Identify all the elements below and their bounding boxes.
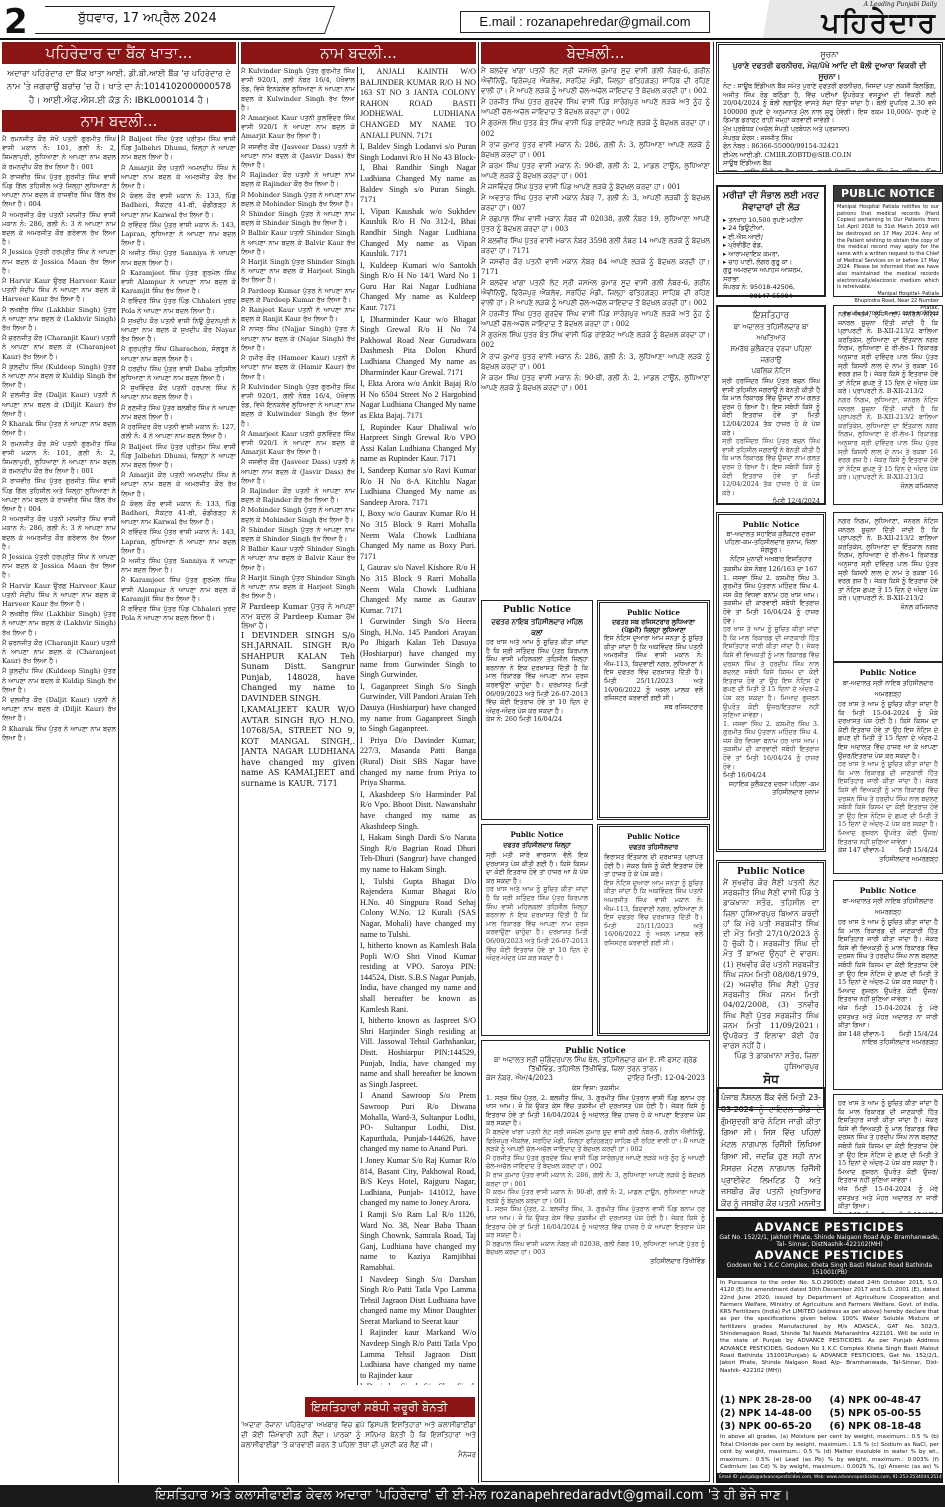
notice-case-row: ਕੇਸ 148 ਦੀਵਾਨ-1ਮਿਤੀ 15/4/24 <box>838 1211 938 1214</box>
bank-account-header: ਪਹਿਰੇਦਾਰ ਦਾ ਬੈਂਕ ਖਾਤਾ... <box>2 42 236 64</box>
pesticides-header: ADVANCE PESTICIDES Gat No. 152/2/1, Jakh… <box>717 1218 942 1278</box>
notice-subtitle: ਬਾ-ਅਦਾਲਤ ਸ੍ਰੀ ਨਾਇਬ ਤਹਿਸੀਲਦਾਰ ਅਮਰਗੜ੍ਹ <box>838 896 938 918</box>
list-item: ਮੈਂ Baljeet ਸਿੰਘ ਪੁੱਤਰ ਪ੍ਰੀਤਮ ਸਿੰਘ ਵਾਸੀ … <box>121 135 236 163</box>
nagar-nigam-body: ਨਗਰ ਨਿਗਮ, ਲੁਧਿਆਣਾ, ਜਨਰਲ ਨੋਟਿਸ ਜਨਰਲ ਸੂਚਨਾ… <box>838 396 938 482</box>
footer-banner: ਇਸ਼ਤਿਹਾਰ ਅਤੇ ਕਲਾਸੀਫਾਈਡ ਕੇਵਲ ਅਦਾਰਾ 'ਪਹਿਰੇ… <box>0 1485 945 1507</box>
list-item: I, Vipan Kaushak w/o Sukhdev Kaushik R/o… <box>360 207 476 260</box>
notice-body: ਹਰ ਖਾਸ ਤੇ ਆਮ ਨੂੰ ਸੂਚਿਤ ਕੀਤਾ ਜਾਂਦਾ ਹੈ ਕਿ … <box>838 1099 938 1185</box>
list-item: ਮੈਂ Balbir Kaur ਪਤਨੀ Shinder Singh ਨੇ ਆਪ… <box>241 229 355 257</box>
list-item: ਮੈਂ ਦਲਜੀਤ ਕੌਰ (Daljit Kaur) ਪਤਨੀ ਨੇ ਆਪਣਾ… <box>2 391 116 419</box>
ishtihar-line-2: ਸਮਰੱਥ ਕੁਲੈਕਟਰ ਦਰਜਾ ਪਹਿਲਾ ਜਗਰਾਉਂ <box>722 344 820 366</box>
notice-body: ਮੈਂ ਸੁਖਵੀਰ ਕੌਰ ਸੈਣੀ ਪਤਨੀ ਲੇਟ ਸਰਬਜੀਤ ਸਿੰਘ… <box>723 878 819 1051</box>
ishtihar-date: ਮਿਤੀ 12/4/2024 <box>722 497 820 505</box>
list-item: ਮੈਂ Rajinder ਕੌਰ ਪਤਨੀ ਨੇ ਆਪਣਾ ਨਾਮ ਬਦਲ ਕੇ… <box>241 487 355 505</box>
notice-filed-date: ਦਾਇਰ ਮਿਤੀ: 12-04-2023 <box>627 1074 705 1083</box>
bank-line-2: ਨਾਮ 'ਤੇ ਜਗਰਾਉਂ ਬਰਾਂਚ 'ਚ ਹੈ। ਖਾਤੇ ਦਾ ਨੰ:1… <box>2 80 236 94</box>
wanted-item: ▸ ਪ੍ਰੋਵੀਡੈਂਟ ਫੰਡ, <box>723 241 819 249</box>
notice-body: ਮੈਂ ਕਰਮ ਸਿੰਘ ਪੁੱਤਰ ਵਾਸੀ ਮਕਾਨ ਨੰ: 90-ਬੀ, … <box>486 1188 705 1205</box>
list-item: ਮੈਂ ਰਾਜ ਕੁਮਾਰ ਪੁੱਤਰ ਵਾਸੀ ਮਕਾਨ ਨੰ: 286, ਗ… <box>481 140 710 160</box>
sodh-title: ਸੋਧ <box>716 1072 826 1087</box>
suchna-bank: ਸਾਊਥ ਇੰਡੀਅਨ ਬੈਂਕ <box>723 159 936 168</box>
notice-case-row: ਕੇਸ ਨੰਬਰ. ਐਮ/4/2023 ਦਾਇਰ ਮਿਤੀ: 12-04-202… <box>486 1074 705 1083</box>
notice-sign: ਪਿੰਡ ਤੇ ਡਾਕਖਾਨਾ ਸਤੌਰ, ਜ਼ਿਲਾ ਹੁਸ਼ਿਆਰਪੁਰ <box>723 1051 819 1071</box>
ishtihar-jagraon: ਇਸ਼ਤਿਹਾਰ ਬਾ ਅਦਾਲਤ ਤਹਿਸੀਲਦਾਰ ਬਾ ਅਖਤਿਆਰ ਸਮ… <box>716 305 826 505</box>
list-item: ਮੈਂ ਰਾਜਵੀਰ ਸਿੰਘ ਪੁੱਤਰ ਗੁਰਜੀਤ ਸਿੰਘ ਵਾਸੀ ਪ… <box>2 173 116 210</box>
list-item: ਮੈਂ Kharak ਸਿੰਘ ਪੁੱਤਰ ਨੇ ਆਪਣਾ ਨਾਮ ਬਦਲ ਲਿ… <box>2 725 116 743</box>
notice-body: ਮੈਂ ਰਾਜ ਕੁਮਾਰ ਪੁੱਤਰ ਵਾਸੀ ਮਕਾਨ ਨੰ: 286, ਗ… <box>486 1171 705 1188</box>
notice-subtitle: ਦਫਤਰ ਤਹਿਸੀਲਦਾਰ ਜ਼ਿਲ੍ਹਾ <box>486 840 588 851</box>
list-item: ਮੈਂ ਦਲਜੀਤ ਕੌਰ (Daljit Kaur) ਪਤਨੀ ਨੇ ਆਪਣਾ… <box>2 696 116 724</box>
list-item: ਮੈਂ Baljeet ਸਿੰਘ ਪੁੱਤਰ ਪ੍ਰੀਤਮ ਸਿੰਘ ਵਾਸੀ … <box>121 443 236 471</box>
name-change-header-left: ਨਾਮ ਬਦਲੀ... <box>2 110 236 132</box>
list-item: ਮੈਂ ਰਵਿੰਦਰ ਸਿੰਘ ਪੁੱਤਰ ਵਾਸੀ ਮਕਾਨ ਨੰ: 143,… <box>121 528 236 556</box>
notice-body: ਮੈਂ ਬਲਦੇਵ ਖਾਂਗਾ ਪਤਨੀ ਲੇਟ ਸ੍ਰੀ ਜਸਮੇਲ ਕੁਮਾ… <box>486 1128 705 1154</box>
public-notice-amargarh-2: Public Notice ਬਾ-ਅਦਾਲਤ ਸ੍ਰੀ ਨਾਇਬ ਤਹਿਸੀਲਦ… <box>833 880 943 1090</box>
npk-grades: (1) NPK 28-28-00 (4) NPK 00-48-47 (2) NP… <box>717 1394 942 1433</box>
notice-body: ਹਰ ਖਾਸ ਤੇ ਆਮ ਨੂੰ ਸੂਚਿਤ ਕੀਤਾ ਜਾਂਦਾ ਹੈ ਕਿ … <box>838 700 938 760</box>
notice-sign: ਸਹਾਇਕ ਕੁਲੈਕਟਰ ਦਰਜਾ ਪਹਿਲਾ -ਕਮ ਤਹਿਸੀਲਦਾਰ ਸ… <box>723 780 819 797</box>
npk-grade: (2) NPK 14-48-00 <box>720 1407 830 1420</box>
list-item: ਮੈਂ Pardeep Kumar ਪੁੱਤਰ ਨੇ ਆਪਣਾ ਨਾਮ ਬਦਲ … <box>241 602 355 630</box>
list-item: ਮੈਂ ਰਾਜਵੀਰ ਸਿੰਘ ਪੁੱਤਰ ਗੁਰਜੀਤ ਸਿੰਘ ਵਾਸੀ ਪ… <box>2 477 116 514</box>
notice-title: Public Notice <box>838 885 938 896</box>
list-item: I, Akashdeep S/o Harminder Pal R/o Vpo. … <box>360 790 476 832</box>
list-item: ਮੈਂ ਬਲਦੇਵ ਖਾਂਗਾ ਪਤਨੀ ਲੇਟ ਸ੍ਰੀ ਜਸਮੇਲ ਕੁਮਾ… <box>481 66 710 96</box>
bank-line-1: ਅਦਾਰਾ ਪਹਿਰੇਦਾਰ ਦਾ ਬੈਂਕ ਖਾਤਾ ਆਈ. ਡੀ.ਬੀ.ਆਈ… <box>2 66 236 80</box>
list-item: I, ANJALI KAINTH W/O BALJINDER KUMAR R/O… <box>360 67 476 141</box>
phone-1[interactable]: 95018-42506, <box>750 283 795 291</box>
list-item: ਮੈਂ ਰਣਜੀਤ ਸਿੰਘ ਪੁੱਤਰ ਬਲਬੀਰ ਸਿੰਘ ਨੇ ਆਪਣਾ … <box>121 404 236 422</box>
list-item: ਮੈਂ ਹਮੀਰ ਕੌਰ (Hameer Kaur) ਪਤਨੀ ਨੇ ਆਪਣਾ … <box>241 354 355 382</box>
notice-body: 1. ਜਸਵਾ ਸਿੰਘ 2. ਕਸ਼ਮੀਰ ਸਿੰਘ 3. ਗੁਰਮੀਤ ਸਿ… <box>723 574 819 626</box>
disinherit-column: ਮੈਂ ਬਲਦੇਵ ਖਾਂਗਾ ਪਤਨੀ ਲੇਟ ਸ੍ਰੀ ਜਸਮੇਲ ਕੁਮਾ… <box>481 66 710 596</box>
list-item: I, hitherto known as Jaspreet S/O Shri H… <box>360 1016 476 1090</box>
masthead-email[interactable]: E.mail : rozanapehredar@gmail.com <box>460 11 710 33</box>
notice-sign: ਤਹਿਸੀਲਦਾਰ ਅਮਰਗੜ੍ਹ <box>838 855 938 864</box>
notice-body: ਮੈਂ ਰਛਪਾਲ ਸਿੰਘ ਵਾਸੀ ਮਕਾਨ ਨੰਬਰ ਜੀ 02038, … <box>486 1240 705 1257</box>
manipal-body: Manipal Hospital Patiala notifies to our… <box>837 204 939 291</box>
list-item: I, Boxy w/o Gaurav Kumar R/o H No 315 Bl… <box>360 509 476 562</box>
public-notice-nagar-nigam-2: ਨਗਰ ਨਿਗਮ, ਲੁਧਿਆਣਾ, ਜਨਰਲ ਨੋਟਿਸ ਜਨਰਲ ਸੂਚਨਾ… <box>833 512 943 662</box>
wanted-list: ▸ ਤਨਖਾਹ 10,500 ਰੁਪਏ ਮਹੀਨਾ ▸ 24 ਡਿਊਟੀਆਂ, … <box>723 216 819 300</box>
notice-body: ਮੈਂ ਹਰਜੀਤ ਸਿੰਘ ਪੁੱਤਰ ਗੁਰਦੇਵ ਸਿੰਘ ਵਾਸੀ ਪਿ… <box>486 1154 705 1171</box>
ad-notice-text: 'ਅਦਾਰਾ ਰੋਜ਼ਾਨਾ ਪਹਿਰੇਦਾਰ' ਅਖ਼ਬਾਰ ਵਿਚ ਛਪੇ … <box>241 1420 476 1450</box>
manipal-header: PUBLIC NOTICE <box>834 186 942 202</box>
list-item: ਮੈਂ Kulvinder Singh ਪੁੱਤਰ ਗੁਰਮੀਤ ਸਿੰਘ ਵਾ… <box>241 67 355 113</box>
list-item: ਮੈਂ ਬਲਵੀਰ ਸਿੰਘ ਪੁੱਤਰ ਵਾਸੀ ਮਕਾਨ ਨੰਬਰ 3598… <box>481 236 710 256</box>
list-item: I Anand Sawroop S/o Prem Sawroop Puri R/… <box>360 1091 476 1155</box>
name-change-column-1: ਮੈਂ ਰਮਨਜੀਤ ਕੌਰ ਸੇਖੋਂ ਪਤਨੀ ਗੁਰਮੀਤ ਸਿੰਘ ਵਾ… <box>2 135 116 1483</box>
list-item: I Ramji S/o Ram Lal R/o 1126, Ward No. 3… <box>360 1210 476 1274</box>
notice-body: ਇਸ ਨੋਟਿਸ ਦੁਆਰਾ ਆਮ ਜਨਤਾ ਨੂੰ ਸੂਚਿਤ ਕੀਤਾ ਜਾ… <box>604 879 703 948</box>
suchna-body: ਨੋਟ : ਸਾਊਥ ਇੰਡੀਅਨ ਬੈਂਕ ਸਮੇਤ ਪੁਰਾਣੇ ਦਫਤਰੀ… <box>723 82 936 125</box>
notice-subtitle: ਬਾ-ਅਦਾਲਤ ਸਹਾਇਕ ਕੁਲੈਕਟਰ ਦਰਜਾ ਪਹਿਲਾ-ਕਮ-ਤਹਿ… <box>723 530 819 554</box>
list-item: ਮੈਂ ਰਮਨਜੀਤ ਕੌਰ ਸੇਖੋਂ ਪਤਨੀ ਗੁਰਮੀਤ ਸਿੰਘ ਵਾ… <box>2 135 116 172</box>
notice-title: Public Notice <box>723 867 819 878</box>
public-notice-d: Public Notice ਦਫਤਰ ਤਹਿਸੀਲਦਾਰ ਵਿਰਾਸਤ ਇੰਤਕ… <box>597 824 710 1036</box>
list-item: ਮੈਂ ਰਾਜ ਕੁਮਾਰ ਪੁੱਤਰ ਵਾਸੀ ਮਕਾਨ ਨੰ: 286, ਗ… <box>481 352 710 372</box>
disinherit-header: ਬੇਦਖ਼ਲੀ... <box>481 42 710 64</box>
pesticides-name-1: ADVANCE PESTICIDES <box>719 1220 940 1234</box>
list-item: ਮੈਂ Ranjeet Kaur ਪਤਨੀ ਨੇ ਆਪਣਾ ਨਾਮ ਬਦਲ ਕੇ… <box>241 306 355 324</box>
list-item: ਮੈਂ ਲਖਬੀਰ ਸਿੰਘ (Lakhbir Singh) ਪੁੱਤਰ ਨੇ … <box>2 610 116 638</box>
list-item: I, Ekta Arora w/o Ankit Bajaj R/o H No 6… <box>360 379 476 421</box>
wanted-org: ਗੁਰੂ ਅਮਰਦਾਸ ਅਪਾਹਜ ਆਸ਼ਰਮ, ਸਰਾਭਾ <box>723 266 819 283</box>
notice-subtitle: ਦਫਤਰ ਸਬ ਰਜਿਸਟਰਾਰ ਲੁਧਿਆਣਾ (ਪੱਛਮੀ) ਜ਼ਿਲ੍ਹਾ… <box>604 618 703 634</box>
list-item: ਮੈਂ ਜਸਵੀਰ ਕੌਰ ਪਤਨੀ ਵਾਸੀ ਮਕਾਨ ਨੰਬਰ 84 ਆਪਣ… <box>481 257 710 277</box>
suchna-subtitle: ਪੁਰਾਣੇ ਦਫਤਰੀ ਫਰਨੀਚਰ, ਮੇਜ਼/ਪੱਖੇ ਆਦਿ ਦੀ ਬੋ… <box>723 60 936 82</box>
list-item: ਮੈਂ ਅਮਰਜੀਤ ਕੌਰ ਪਤਨੀ ਮਨਜੀਤ ਸਿੰਘ ਵਾਸੀ ਮਕਾਨ… <box>2 515 116 552</box>
suchna-notice: ਸੂਚਨਾ ਪੁਰਾਣੇ ਦਫਤਰੀ ਫਰਨੀਚਰ, ਮੇਜ਼/ਪੱਖੇ ਆਦਿ… <box>716 42 943 174</box>
notice-case-row: ਕੇਸ 148 ਦੀਵਾਨ-1ਮਿਤੀ 15/4/24 <box>838 1030 938 1039</box>
list-item: I Gurwinder Singh S/o Heera Singh, H.No.… <box>360 617 476 681</box>
notice-body: 1. ਸਰਜ ਸਿੰਘ ਪੁੱਤਰ, 2. ਬਲਜੀਤ ਸਿੰਘ, 3. ਗੁਰ… <box>486 1094 705 1128</box>
list-item: ਮੈਂ ਕੰਵਲ ਕੌਰ ਵਾਸੀ ਮਕਾਨ ਨੰ: 133, ਪਿੰਡ Bad… <box>121 500 236 528</box>
notice-sub2: ਨੋਟਿਸ ਮੁਨਾਦੀ ਅਖਬਾਰ ਇਸ਼ਤਿਹਾਰ <box>723 554 819 565</box>
list-item: ਮੈਂ Harjit Singh ਪੁੱਤਰ Shinder Singh ਨੇ … <box>241 258 355 286</box>
list-item: I Rajinder kaur Markand W/o Navdeep Sing… <box>360 1328 476 1381</box>
notice-body: ਹਰ ਖ਼ਾਸ ਅਤੇ ਆਮ ਨੂੰ ਸੂਚਿਤ ਕੀਤਾ ਜਾਂਦਾ ਹੈ ਕ… <box>486 638 588 715</box>
name-change-header-middle: ਨਾਮ ਬਦਲੀ... <box>241 42 476 64</box>
logo: A Leading Punjabi Daily ਪਹਿਰੇਦਾਰ <box>718 0 945 40</box>
pesticides-footer[interactable]: Email ID: punjab@advancepesticides.com, … <box>717 1473 942 1482</box>
list-item: ਮੈਂ ਸੁਖਦੀਪ ਕੌਰ ਪਤਨੀ ਵਾਸੀ ਨਿਊ ਕੁੰਦਨਪੁਰੀ ਨ… <box>121 317 236 345</box>
list-item: ਮੈਂ ਹਰਜਿੰਦਰ ਕੌਰ ਪਤਨੀ ਵਾਸੀ ਮਕਾਨ ਨੰ: 127, … <box>121 423 236 441</box>
list-item: ਮੈਂ ਰਵਿੰਦਰ ਸਿੰਘ ਪੁੱਤਰ ਵਾਸੀ ਮਕਾਨ ਨੰ: 143,… <box>121 221 236 249</box>
notice-body: ਹਰ ਖਾਸ ਤੇ ਆਮ ਨੂੰ ਸੂਚਿਤ ਕੀਤਾ ਜਾਂਦਾ ਹੈ ਕਿ … <box>723 625 819 720</box>
list-item: ਮੈਂ Shinder Singh ਪੁੱਤਰ ਨੇ ਆਪਣਾ ਨਾਮ ਬਦਲ … <box>241 526 355 544</box>
list-item: I Priya D/o Davinder Kumar, 227/3, Masan… <box>360 736 476 789</box>
list-item: I Joney Kumar S/o Raj Kumar R/o 814, Bas… <box>360 1156 476 1209</box>
public-notice-amargarh-1: Public Notice ਬਾ-ਅਦਾਲਤ ਸ੍ਰੀ ਨਾਇਬ ਤਹਿਸੀਲਦ… <box>833 662 943 874</box>
pesticides-body: In Pursuance to the order No. S.O.2900(E… <box>717 1278 942 1394</box>
public-notice-amargarh-3: ਹਰ ਖਾਸ ਤੇ ਆਮ ਨੂੰ ਸੂਚਿਤ ਕੀਤਾ ਜਾਂਦਾ ਹੈ ਕਿ … <box>833 1094 943 1214</box>
notice-body: ਇਸ ਨੋਟਿਸ ਦੁਆਰਾ ਆਮ ਜਨਤਾ ਨੂੰ ਸੂਚਿਤ ਕੀਤਾ ਜਾ… <box>604 634 703 703</box>
notice-title: Public Notice <box>723 519 819 530</box>
ad-notice-body: 'ਅਦਾਰਾ ਰੋਜ਼ਾਨਾ ਪਹਿਰੇਦਾਰ' ਅਖ਼ਬਾਰ ਵਿਚ ਛਪੇ … <box>241 1420 476 1482</box>
name-change-column-3: ਮੈਂ Kulvinder Singh ਪੁੱਤਰ ਗੁਰਮੀਤ ਸਿੰਘ ਵਾ… <box>241 67 355 1385</box>
list-item: ਮੈਂ Jessica ਪੁੱਤਰੀ ਹਰਪ੍ਰੀਤ ਸਿੰਘ ਨੇ ਆਪਣਾ … <box>2 248 116 276</box>
wanted-item: ▸ ਤਨਖਾਹ 10,500 ਰੁਪਏ ਮਹੀਨਾ <box>723 216 819 224</box>
npk-grade: (4) NPK 00-48-47 <box>830 1394 940 1407</box>
list-item: ਮੈਂ ਚਰਨਜੀਤ ਕੌਰ (Charanjit Kaur) ਪਤਨੀ ਨੇ … <box>2 334 116 362</box>
nagar-nigam-body: ਨਗਰ ਨਿਗਮ, ਲੁਧਿਆਣਾ, ਜਨਰਲ ਨੋਟਿਸ ਜਨਰਲ ਸੂਚਨਾ… <box>838 310 938 396</box>
list-item: ਮੈਂ ਅਜੀਤ ਸਿੰਘ ਪੁੱਤਰ Sanniya ਨੇ ਆਪਣਾ ਨਾਮ … <box>121 249 236 267</box>
list-item: ਮੈਂ ਲਖਬੀਰ ਸਿੰਘ (Lakhbir Singh) ਪੁੱਤਰ ਨੇ … <box>2 306 116 334</box>
notice-sign: ਜ਼ੋਨਲ ਕਮਿਸ਼ਨਰ <box>838 603 938 612</box>
list-item: ਮੈਂ Amarjeet Kaur ਪਤਨੀ ਕੁਲਵਿੰਦਰ ਸਿੰਘ ਵਾਸ… <box>241 114 355 142</box>
list-item: I, Sandeep Kumar s/o Ravi Kumar R/o H No… <box>360 466 476 508</box>
pesticides-address-1: Gat No. 152/2/1, Jakhori Phate, Shinde N… <box>719 1234 940 1248</box>
notice-title: Public Notice <box>486 829 588 840</box>
list-item: ਮੈਂ Balbir Kaur ਪਤਨੀ Shinder Singh ਨੇ ਆਪ… <box>241 545 355 573</box>
wanted-title-1: ਮਰੀਜ਼ਾਂ ਦੀ ਸੰਭਾਲ ਲਈ ਮਰਦ <box>723 190 819 202</box>
list-item: I Navdeep Singh S/o Darshan Singh R/o Pa… <box>360 1275 476 1328</box>
sodh-body: ਪੰਜਾਬ ਨੈਸ਼ਨਲ ਬੈਂਕ ਵੱਲੋਂ ਮਿਤੀ 23-03-2024 … <box>721 1092 821 1211</box>
list-item: ਮੈਂ Amarjit ਕੌਰ ਪਤਨੀ ਅਮਨਦੀਪ ਸਿੰਘ ਨੇ ਆਪਣਾ… <box>121 471 236 499</box>
list-item: I, Dharminder Kaur w/o Bhagat Singh Grew… <box>360 315 476 379</box>
list-item: ਮੈਂ Harjit Singh ਪੁੱਤਰ Shinder Singh ਨੇ … <box>241 574 355 602</box>
list-item: I DEVINDER SINGH S/o SH.JARNAIL SINGH R/… <box>241 631 355 705</box>
list-item: I Devinder Singh S/o Sher Singh R/o Vill… <box>360 1382 476 1385</box>
list-item: ਮੈਂ ਰਮਨਜੀਤ ਕੌਰ ਸੇਖੋਂ ਪਤਨੀ ਗੁਰਮੀਤ ਸਿੰਘ ਵਾ… <box>2 440 116 477</box>
ishtihar-line-1: ਬਾ ਅਦਾਲਤ ਤਹਿਸੀਲਦਾਰ ਬਾ ਅਖਤਿਆਰ <box>722 322 820 344</box>
notice-sign: ਤਹਿਸੀਲਦਾਰ ਤਿੱਖੀਵਿੰਡ <box>486 1257 705 1266</box>
bank-line-3: ਹੈ। ਆਈ.ਐਫ.ਐਸ.ਈ ਕੋਡ ਨੰ: IBKL0001014 ਹੈ। <box>2 94 236 108</box>
list-item: ਮੈਂ ਕਰਮ ਸਿੰਘ ਪੁੱਤਰ ਵਾਸੀ ਮਕਾਨ ਨੰ: 90-ਬੀ, … <box>481 161 710 181</box>
notice-case: ਤਕਸੀਮ ਕੇਸ ਨੰਬਰ 126/163 ਦਾ 167 <box>723 565 819 574</box>
suchna-address: ਸਥਾਨ : ਸਾਊਥ ਇੰਡੀਅਨ ਬੈਂਕ ਦਫਤਰ, ਲਕਸ਼ੀ ਬਿਲਡ… <box>723 168 936 174</box>
column-divider <box>238 42 239 1483</box>
wanted-title-2: ਸੇਵਾਦਾਰਾਂ ਦੀ ਲੋੜ <box>723 202 819 214</box>
column-divider <box>713 42 714 1483</box>
name-change-column-4: I, ANJALI KAINTH W/O BALJINDER KUMAR R/O… <box>360 67 476 1385</box>
list-item: ਮੈਂ Karamjeet ਸਿੰਘ ਪੁੱਤਰ ਗੁਰਮੇਲ ਸਿੰਘ ਵਾਸ… <box>121 269 236 297</box>
notice-title: Public Notice <box>838 667 938 678</box>
notice-sign: ਸਬ ਰਜਿਸਟਰਾਰ <box>604 703 703 712</box>
manipal-sign-1: Manipal Hospital- Patiala <box>837 291 939 298</box>
column-divider <box>118 135 119 1483</box>
public-notice-tikhivind: Public Notice ਬਾ ਅਦਾਲਤ ਸ੍ਰੀ ਜੁਗਿੰਦਰਪਾਲ ਸ… <box>481 1040 710 1482</box>
list-item: ਮੈਂ Kharak ਸਿੰਘ ਪੁੱਤਰ ਨੇ ਆਪਣਾ ਨਾਮ ਬਦਲ ਲਿ… <box>2 420 116 438</box>
notice-note: ਅੱਜ ਮਿਤੀ 15-04-2024 ਨੂੰ ਮੇਰੇ ਦਸਤਖ਼ਤ ਅਤੇ … <box>838 1185 938 1211</box>
list-item: I, Hakam Singh Dardi S/o Narata Singh R/… <box>360 833 476 875</box>
sodh-correction: ਸੋਧ ਪੰਜਾਬ ਨੈਸ਼ਨਲ ਬੈਂਕ ਵੱਲੋਂ ਮਿਤੀ 23-03-2… <box>716 1072 826 1214</box>
notice-note: ਅੱਜ ਮਿਤੀ 15-04-2024 ਨੂੰ ਮੇਰੇ ਦਸਤਖ਼ਤ ਅਤੇ … <box>838 1004 938 1030</box>
list-item: ਮੈਂ Rajinder ਕੌਰ ਪਤਨੀ ਨੇ ਆਪਣਾ ਨਾਮ ਬਦਲ ਕੇ… <box>241 171 355 189</box>
manipal-public-notice: PUBLIC NOTICE Manipal Hospital Patiala n… <box>833 185 943 297</box>
wanted-item: ▸ ਈ.ਐਸ.ਆਈ/ <box>723 233 819 241</box>
notice-body: ਸ੍ਰੀ ਮਤੀ ਸਾਰੇ ਵਾਰਸਾਨ ਵੱਲੋਂ ਇਕ ਦਰਖ਼ਾਸਤ ਪੇ… <box>486 851 588 885</box>
list-item: ਮੈਂ ਅਮਰਜੀਤ ਕੌਰ ਪਤਨੀ ਮਨਜੀਤ ਸਿੰਘ ਵਾਸੀ ਮਕਾਨ… <box>2 211 116 248</box>
notice-body: ਹਰ ਖਾਸ ਤੇ ਆਮ ਨੂੰ ਸੂਚਿਤ ਕੀਤਾ ਜਾਂਦਾ ਹੈ ਕਿ … <box>838 760 938 846</box>
suchna-contact-person: ਸੰਪਰਕ ਕੋਰਸ : ਜਸਜੀਤ ਸਿੰਘ <box>723 134 936 143</box>
list-item: ਮੈਂ ਅਵਤਾਰ ਸਿੰਘ ਪੁੱਤਰ ਵਾਸੀ ਮਕਾਨ ਨੰਬਰ 7, ਗ… <box>481 193 710 213</box>
list-item: ਮੈਂ Kulvinder Singh ਪੁੱਤਰ ਗੁਰਮੀਤ ਸਿੰਘ ਵਾ… <box>241 383 355 429</box>
nagar-nigam-sign: ਜ਼ੋਨਲ ਕਮਿਸ਼ਨਰ <box>838 482 938 491</box>
issue-date: ਬੁੱਧਵਾਰ, 17 ਅਪ੍ਰੈਲ 2024 <box>78 11 217 26</box>
public-notice-sub-registrar: Public Notice ਦਫਤਰ ਸਬ ਰਜਿਸਟਰਾਰ ਲੁਧਿਆਣਾ (… <box>597 600 710 820</box>
column-divider <box>478 42 479 1483</box>
npk-grade: (1) NPK 28-28-00 <box>720 1394 830 1407</box>
wanted-contact: ਸੰਪਰਕ ਨੰ: 95018-42506, <box>723 283 819 291</box>
list-item: ਮੈਂ ਜਸਵੀਰ ਕੌਰ (Jasveer Dass) ਪਤਨੀ ਨੇ ਆਪਣ… <box>241 143 355 171</box>
npk-grade: (5) NPK 05-00-55 <box>830 1407 940 1420</box>
notice-body: ਹਰ ਖ਼ਾਸ ਅਤੇ ਆਮ ਨੂੰ ਸੂਚਿਤ ਕੀਤਾ ਜਾਂਦਾ ਹੈ ਕ… <box>486 885 588 962</box>
list-item: ਮੈਂ Pardeep Kumar ਪੁੱਤਰ ਨੇ ਆਪਣਾ ਨਾਮ ਬਦਲ … <box>241 287 355 305</box>
list-item: ਮੈਂ Mohinder Singh ਪੁੱਤਰ ਨੇ ਆਪਣਾ ਨਾਮ ਬਦਲ… <box>241 506 355 524</box>
ishtihar-title: ਇਸ਼ਤਿਹਾਰ <box>722 311 820 322</box>
suchna-contact-label: ਮੁੱਖ ਪ੍ਰਬੰਧਕ (ਅਚੱਲ ਸੰਪਤੀ ਪ੍ਰਬੰਧਨ ਅਤੇ ਪ੍ਰ… <box>723 125 936 134</box>
list-item: ਮੈਂ ਕਰਮ ਸਿੰਘ ਪੁੱਤਰ ਵਾਸੀ ਮਕਾਨ ਨੰ: 90-ਬੀ, … <box>481 373 710 393</box>
suchna-title: ਸੂਚਨਾ <box>723 49 936 60</box>
list-item: ਮੈਂ Harvir Kaur ਉਰਫ Harveer Kaur ਪਤਨੀ ਸੰ… <box>2 277 116 305</box>
notice-title: Public Notice <box>604 607 703 618</box>
list-item: ਮੈਂ ਰਵਿੰਦਰ ਸਿੰਘ ਪੁੱਤਰ ਪਿੰਡ Chhaleri ਖੁਰਦ… <box>121 297 236 315</box>
list-item: I, Tulshi Gupta Bhagat D/o Rajendera Kum… <box>360 877 476 941</box>
list-item: I, hitherto known as Kamlesh Bala Popli … <box>360 941 476 1015</box>
ishtihar-body: ਸ੍ਰੀ ਹਰਜਿੰਦਰ ਸਿੰਘ ਪੁੱਤਰ ਬਚਨ ਸਿੰਘ ਵਾਸੀ ਤਹ… <box>722 437 820 497</box>
notice-body: 1. ਜਸਵਾ ਸਿੰਘ 2. ਕਸ਼ਮੀਰ ਸਿੰਘ 3. ਗੁਰਮੀਤ ਸਿ… <box>723 720 819 772</box>
notice-title: Public Notice <box>486 1045 705 1056</box>
list-item: ਮੈਂ ਰਵਿੰਦਰ ਸਿੰਘ ਪੁੱਤਰ ਪਿੰਡ Chhaleri ਖੁਰਦ… <box>121 605 236 623</box>
ad-notice-sign: ਮੈਨੇਜਰ <box>241 1450 476 1460</box>
notice-case-row: ਕੇਸ 147 ਦੀਵਾਨ-1ਮਿਤੀ 15/4/24 <box>838 846 938 855</box>
list-item: ਮੈਂ ਗੁਰਮੇਲ ਸਿੰਘ ਪੁੱਤਰ ਬੰਤ ਸਿੰਘ ਵਾਸੀ ਪਿੰਡ… <box>481 330 710 350</box>
pesticides-name-2: ADVANCE PESTICIDES <box>719 1248 940 1262</box>
list-item: ਮੈਂ Karamjeet ਸਿੰਘ ਪੁੱਤਰ ਗੁਰਮੇਲ ਸਿੰਘ ਵਾਸ… <box>121 576 236 604</box>
notice-body: ਹਰ ਖਾਸ ਤੇ ਆਮ ਨੂੰ ਸੂਚਿਤ ਕੀਤਾ ਜਾਂਦਾ ਹੈ ਕਿ … <box>838 918 938 1004</box>
logo-text: ਪਹਿਰੇਦਾਰ <box>821 6 937 40</box>
notice-subtitle: ਦਫਤਰ ਤਹਿਸੀਲਦਾਰ <box>604 842 703 853</box>
list-item: ਮੈਂ Amarjit ਕੌਰ ਪਤਨੀ ਅਮਨਦੀਪ ਸਿੰਘ ਨੇ ਆਪਣਾ… <box>121 164 236 192</box>
notice-subtitle: ਦਫਤਰ ਨਾਇਬ ਤਹਿਸੀਲਦਾਰ ਮਹਿਲ ਕਲਾਂ <box>486 616 588 638</box>
list-item: ਮੈਂ ਗੁਰਪ੍ਰੀਤ ਸਿੰਘ Gharachon, ਸੰਗਰੂਰ ਨੇ ਆ… <box>121 345 236 363</box>
list-item: ਮੈਂ ਹਰਜੀਤ ਸਿੰਘ ਪੁੱਤਰ ਗੁਰਦੇਵ ਸਿੰਘ ਵਾਸੀ ਪਿ… <box>481 309 710 329</box>
notice-body: ਵਿਰਾਸਤ ਇੰਤਕਾਲ ਦੀ ਦਰਖ਼ਾਸਤ ਪ੍ਰਾਪਤ ਹੋਈ ਹੈ। … <box>604 853 703 879</box>
list-item: ਮੈਂ ਹਰਜੀਤ ਸਿੰਘ ਪੁੱਤਰ ਗੁਰਦੇਵ ਸਿੰਘ ਵਾਸੀ ਪਿ… <box>481 97 710 117</box>
list-item: ਮੈਂ ਨਾਜਰ ਸਿੰਘ (Najjar Singh) ਪੁੱਤਰ ਨੇ ਆਪ… <box>241 325 355 353</box>
ishtihar-line-3: ਪਬਲਿਕ ਨੋਟਿਸ <box>722 366 820 377</box>
notice-title: Public Notice <box>486 605 588 616</box>
column-divider <box>357 67 358 1385</box>
list-item: ਮੈਂ Mohinder Singh ਪੁੱਤਰ ਨੇ ਆਪਣਾ ਨਾਮ ਬਦਲ… <box>241 191 355 209</box>
list-item: ਮੈਂ ਰਛਪਾਲ ਸਿੰਘ ਵਾਸੀ ਮਕਾਨ ਨੰਬਰ ਜੀ 02038, … <box>481 214 710 234</box>
public-notice-sunam: Public Notice ਬਾ-ਅਦਾਲਤ ਸਹਾਇਕ ਕੁਲੈਕਟਰ ਦਰਜ… <box>716 512 826 852</box>
list-item: I, Gaurav s/o Navel Kishore R/o H No 315… <box>360 563 476 616</box>
wanted-item: ▸ 24 ਡਿਊਟੀਆਂ, <box>723 224 819 232</box>
wanted-attendants-ad: ਮਰੀਜ਼ਾਂ ਦੀ ਸੰਭਾਲ ਲਈ ਮਰਦ ਸੇਵਾਦਾਰਾਂ ਦੀ ਲੋੜ… <box>716 185 826 297</box>
wanted-item: ▸ ਆਰਾਮਦਾਇਕ ਕਮਰਾ, <box>723 250 819 258</box>
notice-body: 1. ਸਰਜ ਸਿੰਘ ਪੁੱਤਰ, 2. ਬਲਜੀਤ ਸਿੰਘ, 3. ਗੁਰ… <box>486 1205 705 1239</box>
suchna-phone[interactable]: ਫੋਨ ਨੰਬਰ : 86366-55000/99154-32421 <box>723 142 936 151</box>
list-item: I, Baldev Singh Lodanvi s/o Puran Singh … <box>360 142 476 206</box>
notice-body: ਨਗਰ ਨਿਗਮ, ਲੁਧਿਆਣਾ, ਜਨਰਲ ਨੋਟਿਸ ਜਨਰਲ ਸੂਚਨਾ… <box>838 517 938 603</box>
phone-2[interactable]: 98147-55084 <box>723 292 819 300</box>
notice-subject: ਕੇਸ ਵਿਸ਼ਾ: ਤਕਸੀਮ <box>486 1083 705 1094</box>
public-notice-mahilkalan: Public Notice ਦਫਤਰ ਨਾਇਬ ਤਹਿਸੀਲਦਾਰ ਮਹਿਲ ਕ… <box>481 600 593 820</box>
wanted-item: ▸ ਚਾਹ ਪਾਣੀ, ਲੰਗਰ ਗੁਰੂ ਕਾ। <box>723 258 819 266</box>
list-item: ਮੈਂ Shinder Singh ਪੁੱਤਰ ਨੇ ਆਪਣਾ ਨਾਮ ਬਦਲ … <box>241 210 355 228</box>
npk-grade: (3) NPK 00-65-20 <box>720 1420 830 1433</box>
notice-title: Public Notice <box>604 831 703 842</box>
notice-case: ਕੇਸ ਨੰ: 260 ਮਿਤੀ 16/04/24 <box>486 715 588 724</box>
list-item: ਮੈਂ ਹਰਦੀਪ ਸਿੰਘ ਪੁੱਤਰ ਵਾਸੀ Daba ਤਹਿਸੀਲ ਲੁ… <box>121 365 236 383</box>
list-item: I, Kuldeep Kumari w/o Santokh Singh R/o … <box>360 261 476 314</box>
npk-grade: (6) NPK 08-18-48 <box>830 1420 940 1433</box>
list-item: ਮੈਂ ਕੰਵਲ ਕੌਰ ਵਾਸੀ ਮਕਾਨ ਨੰ: 133, ਪਿੰਡ Bad… <box>121 192 236 220</box>
notice-subtitle: ਬਾ-ਅਦਾਲਤ ਸ੍ਰੀ ਨਾਇਬ ਤਹਿਸੀਲਦਾਰ ਅਮਰਗੜ੍ਹ <box>838 678 938 700</box>
bank-account-block: ਅਦਾਰਾ ਪਹਿਰੇਦਾਰ ਦਾ ਬੈਂਕ ਖਾਤਾ ਆਈ. ਡੀ.ਬੀ.ਆਈ… <box>2 66 236 108</box>
public-notice-c: Public Notice ਦਫਤਰ ਤਹਿਸੀਲਦਾਰ ਜ਼ਿਲ੍ਹਾ ਸ੍ਰ… <box>481 824 593 1036</box>
list-item: ਮੈਂ ਬਲਦੇਵ ਖਾਂਗਾ ਪਤਨੀ ਲੇਟ ਸ੍ਰੀ ਜਸਮੇਲ ਕੁਮਾ… <box>481 278 710 308</box>
sodh-box: ਪੰਜਾਬ ਨੈਸ਼ਨਲ ਬੈਂਕ ਵੱਲੋਂ ਮਿਤੀ 23-03-2024 … <box>716 1087 826 1211</box>
name-change-column-2: ਮੈਂ Baljeet ਸਿੰਘ ਪੁੱਤਰ ਪ੍ਰੀਤਮ ਸਿੰਘ ਵਾਸੀ … <box>121 135 236 1483</box>
pesticides-address-2: Godown No 1 K.C Complex, Kheta Singh Bas… <box>719 1262 940 1276</box>
list-item: I,KAMALJEET KAUR W/O AVTAR SINGH R/O H.N… <box>241 705 355 789</box>
advance-pesticides-ad: ADVANCE PESTICIDES Gat No. 152/2/1, Jakh… <box>716 1217 943 1483</box>
list-item: ਮੈਂ ਕੁਲਦੀਪ ਸਿੰਘ (Kuldeep Singh) ਪੁੱਤਰ ਨੇ… <box>2 667 116 695</box>
masthead-rule <box>0 38 945 40</box>
list-item: ਮੈਂ ਅਜੀਤ ਸਿੰਘ ਪੁੱਤਰ Sanniya ਨੇ ਆਪਣਾ ਨਾਮ … <box>121 557 236 575</box>
list-item: ਮੈਂ ਸੁਖਵਿੰਦਰ ਕੌਰ ਪਤਨੀ ਹਰਪਾਲ ਸਿੰਘ ਨੇ ਆਪਣਾ… <box>121 384 236 402</box>
list-item: ਮੈਂ Jessica ਪੁੱਤਰੀ ਹਰਪ੍ਰੀਤ ਸਿੰਘ ਨੇ ਆਪਣਾ … <box>2 553 116 581</box>
list-item: ਮੈਂ Amarjeet Kaur ਪਤਨੀ ਕੁਲਵਿੰਦਰ ਸਿੰਘ ਵਾਸ… <box>241 430 355 458</box>
ishtihar-body: ਸ੍ਰੀ ਹਰਜਿੰਦਰ ਸਿੰਘ ਪੁੱਤਰ ਬਚਨ ਸਿੰਘ ਵਾਸੀ ਤਹ… <box>722 377 820 437</box>
notice-date: ਮਿਤੀ 16/04/24 <box>723 771 819 780</box>
manipal-body-wrap: Manipal Hospital Patiala notifies to our… <box>834 202 942 320</box>
notice-case-no: ਕੇਸ ਨੰਬਰ. ਐਮ/4/2023 <box>486 1074 553 1083</box>
nagar-nigam-notice: ਨਗਰ ਨਿਗਮ, ਲੁਧਿਆਣਾ, ਜਨਰਲ ਨੋਟਿਸ ਜਨਰਲ ਸੂਚਨਾ… <box>833 305 943 505</box>
list-item: I, Gaganpreet Singh S/o Singh Gurwinder,… <box>360 682 476 735</box>
list-item: ਮੈਂ ਚਰਨਜੀਤ ਕੌਰ (Charanjit Kaur) ਪਤਨੀ ਨੇ … <box>2 639 116 667</box>
list-item: ਮੈਂ ਗੁਰਮੇਲ ਸਿੰਘ ਪੁੱਤਰ ਬੰਤ ਸਿੰਘ ਵਾਸੀ ਪਿੰਡ… <box>481 118 710 138</box>
list-item: ਮੈਂ ਜਸਵਿੰਦਰ ਸਿੰਘ ਪੁੱਤਰ ਵਾਸੀ ਪਿੰਡ ਆਪਣੇ ਲੜ… <box>481 182 710 192</box>
notice-subtitle: ਬਾ ਅਦਾਲਤ ਸ੍ਰੀ ਜੁਗਿੰਦਰਪਾਲ ਸਿੰਘ ਥੰਲ, ਤਹਿਸੀ… <box>486 1056 705 1074</box>
list-item: I, Rupinder Kaur Dhaliwal w/o Harpreet S… <box>360 423 476 465</box>
list-item: ਮੈਂ Harvir Kaur ਉਰਫ Harveer Kaur ਪਤਨੀ ਸੰ… <box>2 582 116 610</box>
ad-notice-header: ਇਸ਼ਤਿਹਾਰਾਂ ਸਬੰਧੀ ਜ਼ਰੂਰੀ ਬੇਨਤੀ <box>305 1397 475 1417</box>
notice-sign: ਨਾਇਬ ਤਹਿਸੀਲਦਾਰ ਅਮਰਗੜ੍ਹ <box>838 1038 938 1047</box>
list-item: ਮੈਂ ਜਸਵੀਰ ਕੌਰ (Jasveer Dass) ਪਤਨੀ ਨੇ ਆਪਣ… <box>241 458 355 486</box>
list-item: ਮੈਂ ਕੁਲਦੀਪ ਸਿੰਘ (Kuldeep Singh) ਪੁੱਤਰ ਨੇ… <box>2 363 116 391</box>
